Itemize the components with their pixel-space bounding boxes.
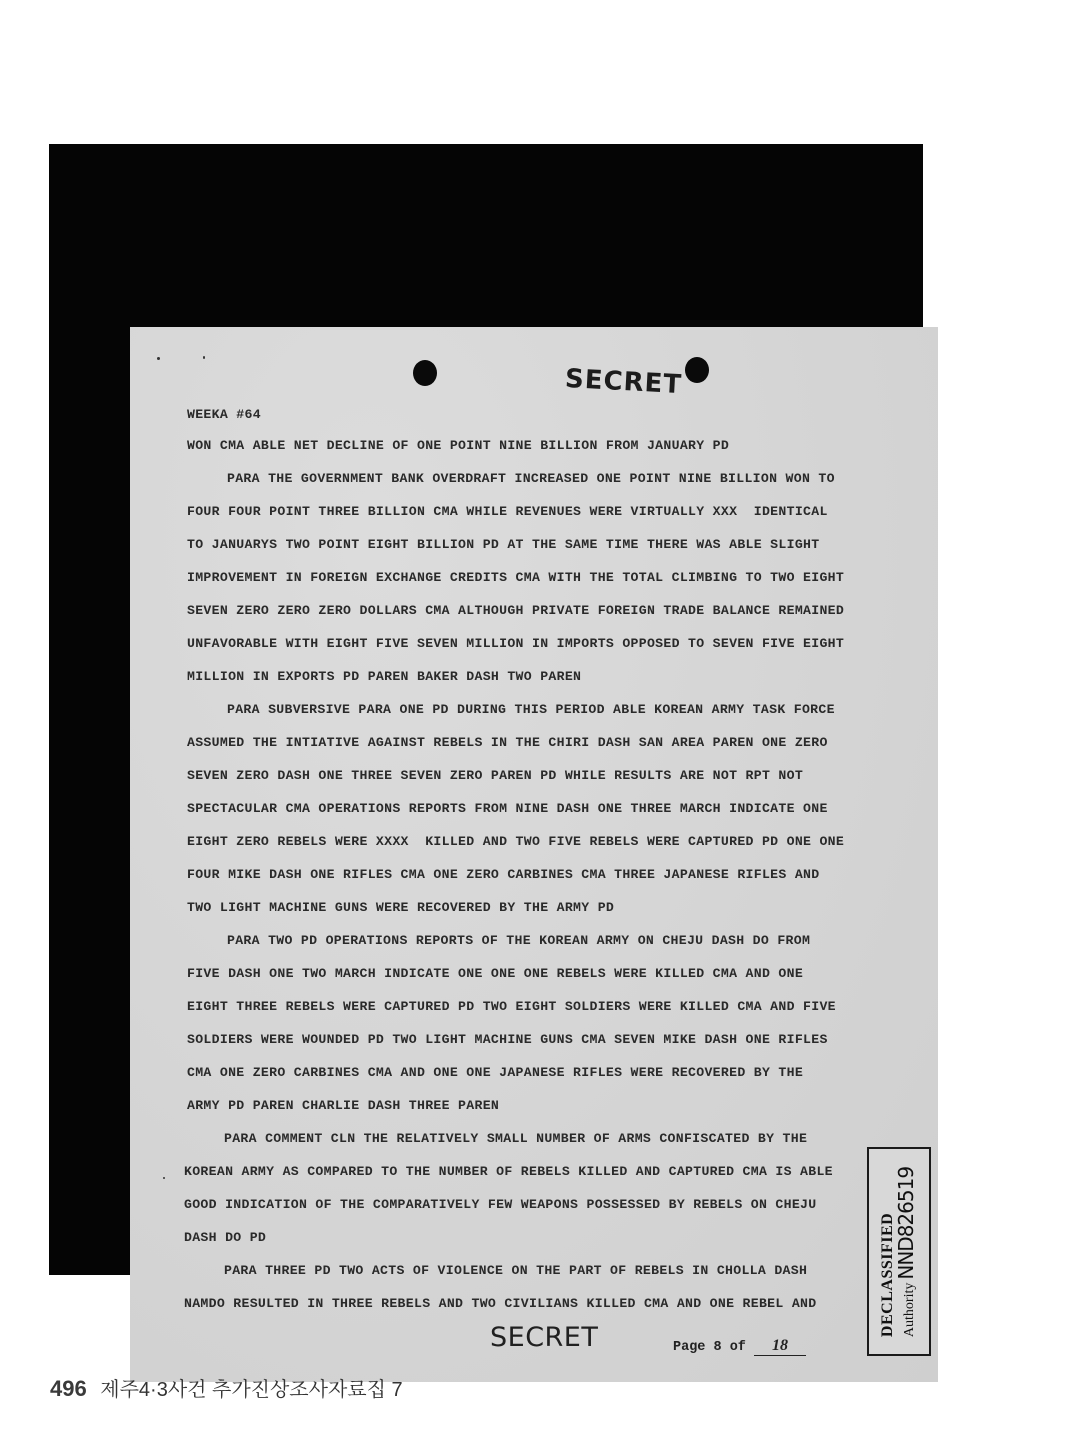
typed-line: PARA THREE PD TWO ACTS OF VIOLENCE ON TH… [224, 1263, 807, 1278]
typed-line: GOOD INDICATION OF THE COMPARATIVELY FEW… [184, 1197, 816, 1212]
typed-line: PARA THE GOVERNMENT BANK OVERDRAFT INCRE… [227, 471, 835, 486]
punch-hole-left [413, 360, 437, 386]
typed-line: DASH DO PD [184, 1230, 266, 1245]
typed-line: SEVEN ZERO ZERO ZERO DOLLARS CMA ALTHOUG… [187, 603, 844, 618]
typed-line: PARA SUBVERSIVE PARA ONE PD DURING THIS … [227, 702, 835, 717]
paper-speck [157, 357, 160, 360]
authority-number: NND826519 [894, 1166, 918, 1279]
typed-line: KOREAN ARMY AS COMPARED TO THE NUMBER OF… [184, 1164, 833, 1179]
typed-line: FIVE DASH ONE TWO MARCH INDICATE ONE ONE… [187, 966, 803, 981]
secret-stamp-bottom: SECRET [490, 1322, 598, 1353]
punch-hole-right [685, 357, 709, 383]
paper-speck [163, 1177, 165, 1179]
document-page: SECRET WEEKA #64 WON CMA ABLE NET DECLIN… [130, 327, 938, 1382]
typed-line: ARMY PD PAREN CHARLIE DASH THREE PAREN [187, 1098, 499, 1113]
secret-stamp-top: SECRET [564, 364, 683, 400]
typed-line: MILLION IN EXPORTS PD PAREN BAKER DASH T… [187, 669, 581, 684]
page-label: Page 8 of [673, 1340, 746, 1355]
typed-line: WON CMA ABLE NET DECLINE OF ONE POINT NI… [187, 438, 729, 453]
declassified-authority: AuthorityNND826519 [897, 1166, 919, 1336]
typed-line: IMPROVEMENT IN FOREIGN EXCHANGE CREDITS … [187, 570, 844, 585]
book-title: 제주4·3사건 추가진상조사자료집 7 [100, 1379, 402, 1401]
declassified-stamp: DECLASSIFIED AuthorityNND826519 [867, 1147, 931, 1356]
typed-line: SEVEN ZERO DASH ONE THREE SEVEN ZERO PAR… [187, 768, 803, 783]
typed-line: FOUR FOUR POINT THREE BILLION CMA WHILE … [187, 504, 828, 519]
authority-label: Authority [902, 1282, 917, 1336]
document-header: WEEKA #64 [187, 407, 261, 422]
typed-line: FOUR MIKE DASH ONE RIFLES CMA ONE ZERO C… [187, 867, 819, 882]
scan-frame: SECRET WEEKA #64 WON CMA ABLE NET DECLIN… [49, 144, 923, 1275]
typed-line: TO JANUARYS TWO POINT EIGHT BILLION PD A… [187, 537, 819, 552]
typed-line: PARA COMMENT CLN THE RELATIVELY SMALL NU… [224, 1131, 807, 1146]
typed-line: SPECTACULAR CMA OPERATIONS REPORTS FROM … [187, 801, 828, 816]
typed-line: UNFAVORABLE WITH EIGHT FIVE SEVEN MILLIO… [187, 636, 844, 651]
typed-line: SOLDIERS WERE WOUNDED PD TWO LIGHT MACHI… [187, 1032, 828, 1047]
book-footer: 496 제주4·3사건 추가진상조사자료집 7 [50, 1373, 403, 1402]
page-indicator: Page 8 of 18 [673, 1337, 806, 1356]
typed-line: PARA TWO PD OPERATIONS REPORTS OF THE KO… [227, 933, 810, 948]
typed-line: TWO LIGHT MACHINE GUNS WERE RECOVERED BY… [187, 900, 614, 915]
typed-line: EIGHT THREE REBELS WERE CAPTURED PD TWO … [187, 999, 836, 1014]
typed-line: EIGHT ZERO REBELS WERE XXXX KILLED AND T… [187, 834, 844, 849]
typed-line: NAMDO RESULTED IN THREE REBELS AND TWO C… [184, 1296, 816, 1311]
page-total: 18 [754, 1337, 806, 1356]
paper-speck [203, 356, 205, 359]
book-page-number: 496 [50, 1376, 87, 1401]
typed-line: ASSUMED THE INTIATIVE AGAINST REBELS IN … [187, 735, 828, 750]
typed-line: CMA ONE ZERO CARBINES CMA AND ONE ONE JA… [187, 1065, 803, 1080]
